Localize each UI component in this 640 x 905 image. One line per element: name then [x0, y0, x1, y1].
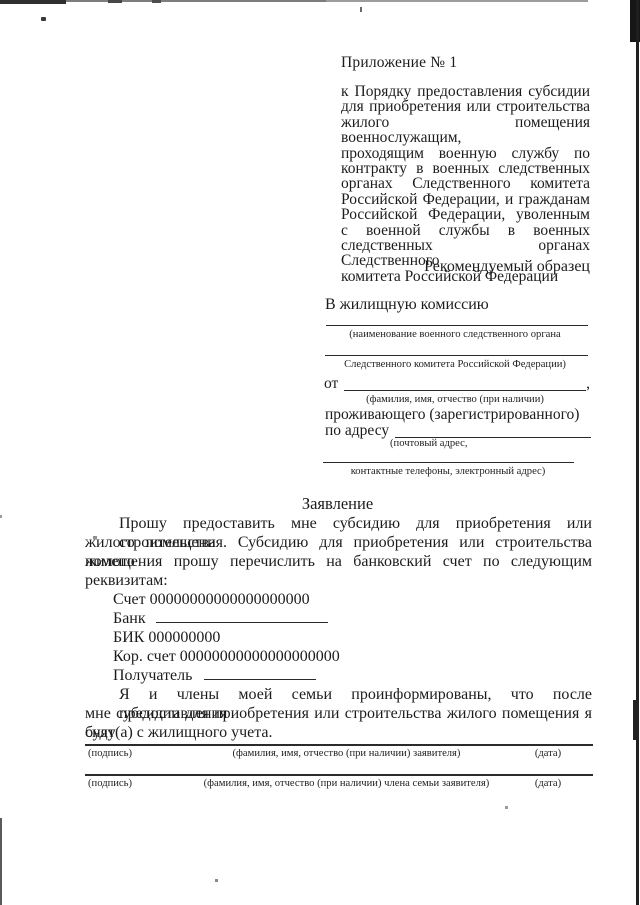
appendix-line: жилого помещения военнослужащим, [341, 115, 590, 146]
from-comma: , [586, 375, 590, 393]
caption-postal: (почтовый адрес, [390, 438, 640, 449]
corr-value: 00000000000000000000 [180, 648, 340, 665]
requisite-bik-row: БИК 000000000 [85, 628, 592, 647]
blank-line-bank [156, 622, 328, 623]
from-row: от , [322, 375, 590, 393]
blank-line-recipient [204, 679, 316, 680]
blank-line-contacts [323, 462, 574, 463]
appendix-line: контракту в военных следственных [341, 161, 590, 176]
caption-name: (фамилия, имя, отчество (при наличии) [322, 394, 588, 405]
requisite-corr-row: Кор. счет 00000000000000000000 [85, 647, 592, 666]
scan-edge-top-dash [152, 0, 161, 3]
blank-line-org-1 [326, 325, 588, 326]
body-line: реквизитам: [85, 571, 592, 590]
caption-org-2: Следственного комитета Российской Федера… [322, 359, 588, 370]
statement-body: Прошу предоставить мне субсидию для прио… [85, 514, 592, 742]
recipient-label: Получатель [113, 667, 192, 684]
scan-edge-top-dash [108, 0, 122, 3]
signature-row-applicant: (подпись) (фамилия, имя, отчество (при н… [85, 744, 593, 759]
body-line: Прошу предоставить мне субсидию для прио… [85, 514, 592, 533]
appendix-line: к Порядку предоставления субсидии [341, 84, 590, 99]
corr-label: Кор. счет [113, 648, 176, 665]
caption-full-name: (фамилия, имя, отчество (при наличии) за… [180, 748, 513, 759]
bank-label: Банк [113, 610, 146, 627]
scan-edge-right-corner [630, 0, 640, 42]
caption-contacts: контактные телефоны, электронный адрес) [322, 466, 574, 477]
requisite-recipient-row: Получатель [85, 666, 592, 685]
caption-signature: (подпись) [85, 778, 180, 789]
scan-edge-top-dark [0, 0, 66, 4]
appendix-line: Российской Федерации, и гражданам [341, 192, 590, 207]
appendix-line: для приобретения или строительства [341, 99, 590, 114]
requisite-bank-row: Банк [85, 609, 592, 628]
scan-edge-left-bottom [0, 818, 2, 905]
caption-full-name: (фамилия, имя, отчество (при наличии) чл… [180, 778, 513, 789]
from-label: от [324, 375, 338, 393]
appendix-line: с военной службы в военных [341, 223, 590, 238]
scan-speck [215, 879, 218, 882]
signature-captions: (подпись) (фамилия, имя, отчество (при н… [85, 746, 593, 759]
bik-label: БИК [113, 629, 144, 646]
address-label: по адресу [325, 422, 389, 440]
caption-date: (дата) [513, 748, 583, 759]
appendix-title: Приложение № 1 [341, 54, 590, 72]
bik-value: 000000000 [148, 629, 220, 646]
scan-speck [360, 7, 362, 12]
body-line: снят(а) с жилищного учета. [85, 723, 592, 742]
caption-org-1: (наименование военного следственного орг… [322, 329, 588, 340]
scan-speck [41, 17, 46, 21]
signature-row-family-member: (подпись) (фамилия, имя, отчество (при н… [85, 774, 593, 789]
blank-line-from [344, 390, 586, 391]
appendix-line: органах Следственного комитета [341, 176, 590, 191]
appendix-paragraph: к Порядку предоставления субсидии для пр… [341, 84, 590, 284]
account-label: Счет [113, 591, 146, 608]
scan-edge-top-light [326, 0, 588, 2]
body-line: помещения прошу перечислить на банковски… [85, 552, 592, 571]
body-line: Я и члены моей семьи проинформированы, ч… [85, 685, 592, 704]
appendix-line: Российской Федерации, уволенным [341, 207, 590, 222]
recommended-sample-note: Рекомендуемый образец [341, 258, 590, 276]
account-value: 00000000000000000000 [150, 591, 310, 608]
signature-captions: (подпись) (фамилия, имя, отчество (при н… [85, 776, 593, 789]
scan-edge-right-line [636, 0, 639, 905]
body-line: жилого помещения. Субсидию для приобрете… [85, 533, 592, 552]
scan-edge-top-mid [66, 0, 326, 2]
body-line: мне субсидии для приобретения или строит… [85, 704, 592, 723]
to-commission-line: В жилищную комиссию [322, 296, 591, 314]
document-page: { "header": { "appendix_title": "Приложе… [0, 0, 640, 905]
blank-line-org-2 [325, 355, 588, 356]
scan-edge-right-thick [633, 700, 639, 740]
addressee-block: В жилищную комиссию (наименование военно… [322, 296, 588, 481]
appendix-header: Приложение № 1 к Порядку предоставления … [341, 54, 590, 284]
caption-date: (дата) [513, 778, 583, 789]
requisite-account-row: Счет 00000000000000000000 [85, 590, 592, 609]
statement-title: Заявление [85, 494, 590, 514]
scan-speck [0, 515, 2, 518]
appendix-line: проходящим военную службу по [341, 146, 590, 161]
caption-signature: (подпись) [85, 748, 180, 759]
scan-speck [505, 806, 508, 809]
